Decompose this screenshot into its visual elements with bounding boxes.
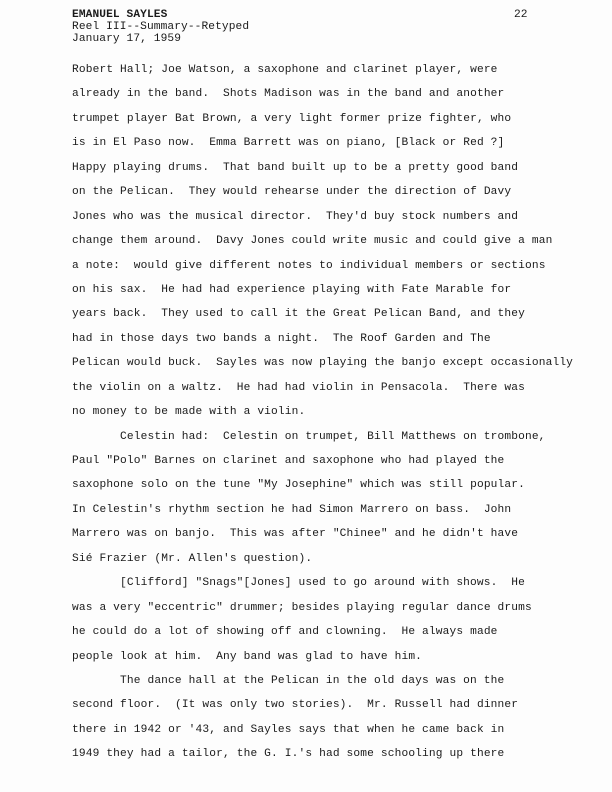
text-line: second floor. (It was only two stories).… bbox=[72, 693, 573, 717]
text-line: Sié Frazier (Mr. Allen's question). bbox=[72, 547, 573, 571]
text-line: Paul "Polo" Barnes on clarinet and saxop… bbox=[72, 449, 573, 473]
document-page: EMANUEL SAYLES Reel III--Summary--Retype… bbox=[0, 0, 612, 792]
text-line: Pelican would buck. Sayles was now playi… bbox=[72, 351, 573, 375]
text-line: In Celestin's rhythm section he had Simo… bbox=[72, 498, 573, 522]
interviewee-name: EMANUEL SAYLES bbox=[72, 9, 167, 21]
text-line: on his sax. He had had experience playin… bbox=[72, 278, 573, 302]
text-line: years back. They used to call it the Gre… bbox=[72, 302, 573, 326]
interview-date: January 17, 1959 bbox=[72, 33, 181, 45]
text-line: he could do a lot of showing off and clo… bbox=[72, 620, 573, 644]
text-line: people look at him. Any band was glad to… bbox=[72, 645, 573, 669]
text-line: The dance hall at the Pelican in the old… bbox=[72, 669, 573, 693]
text-line: Happy playing drums. That band built up … bbox=[72, 156, 573, 180]
text-line: on the Pelican. They would rehearse unde… bbox=[72, 180, 573, 204]
text-line: Robert Hall; Joe Watson, a saxophone and… bbox=[72, 58, 573, 82]
transcript-body: Robert Hall; Joe Watson, a saxophone and… bbox=[72, 58, 573, 767]
text-line: Marrero was on banjo. This was after "Ch… bbox=[72, 522, 573, 546]
text-line: was a very "eccentric" drummer; besides … bbox=[72, 596, 573, 620]
text-line: no money to be made with a violin. bbox=[72, 400, 573, 424]
text-line: is in El Paso now. Emma Barrett was on p… bbox=[72, 131, 573, 155]
text-line: had in those days two bands a night. The… bbox=[72, 327, 573, 351]
text-line: saxophone solo on the tune "My Josephine… bbox=[72, 473, 573, 497]
text-line: 1949 they had a tailor, the G. I.'s had … bbox=[72, 742, 573, 766]
reel-info: Reel III--Summary--Retyped bbox=[72, 21, 249, 33]
text-line: [Clifford] "Snags"[Jones] used to go aro… bbox=[72, 571, 573, 595]
text-line: Jones who was the musical director. They… bbox=[72, 205, 573, 229]
text-line: a note: would give different notes to in… bbox=[72, 254, 573, 278]
text-line: Celestin had: Celestin on trumpet, Bill … bbox=[72, 425, 573, 449]
text-line: trumpet player Bat Brown, a very light f… bbox=[72, 107, 573, 131]
page-number: 22 bbox=[514, 9, 527, 21]
text-line: there in 1942 or '43, and Sayles says th… bbox=[72, 718, 573, 742]
text-line: the violin on a waltz. He had had violin… bbox=[72, 376, 573, 400]
text-line: already in the band. Shots Madison was i… bbox=[72, 82, 573, 106]
text-line: change them around. Davy Jones could wri… bbox=[72, 229, 573, 253]
